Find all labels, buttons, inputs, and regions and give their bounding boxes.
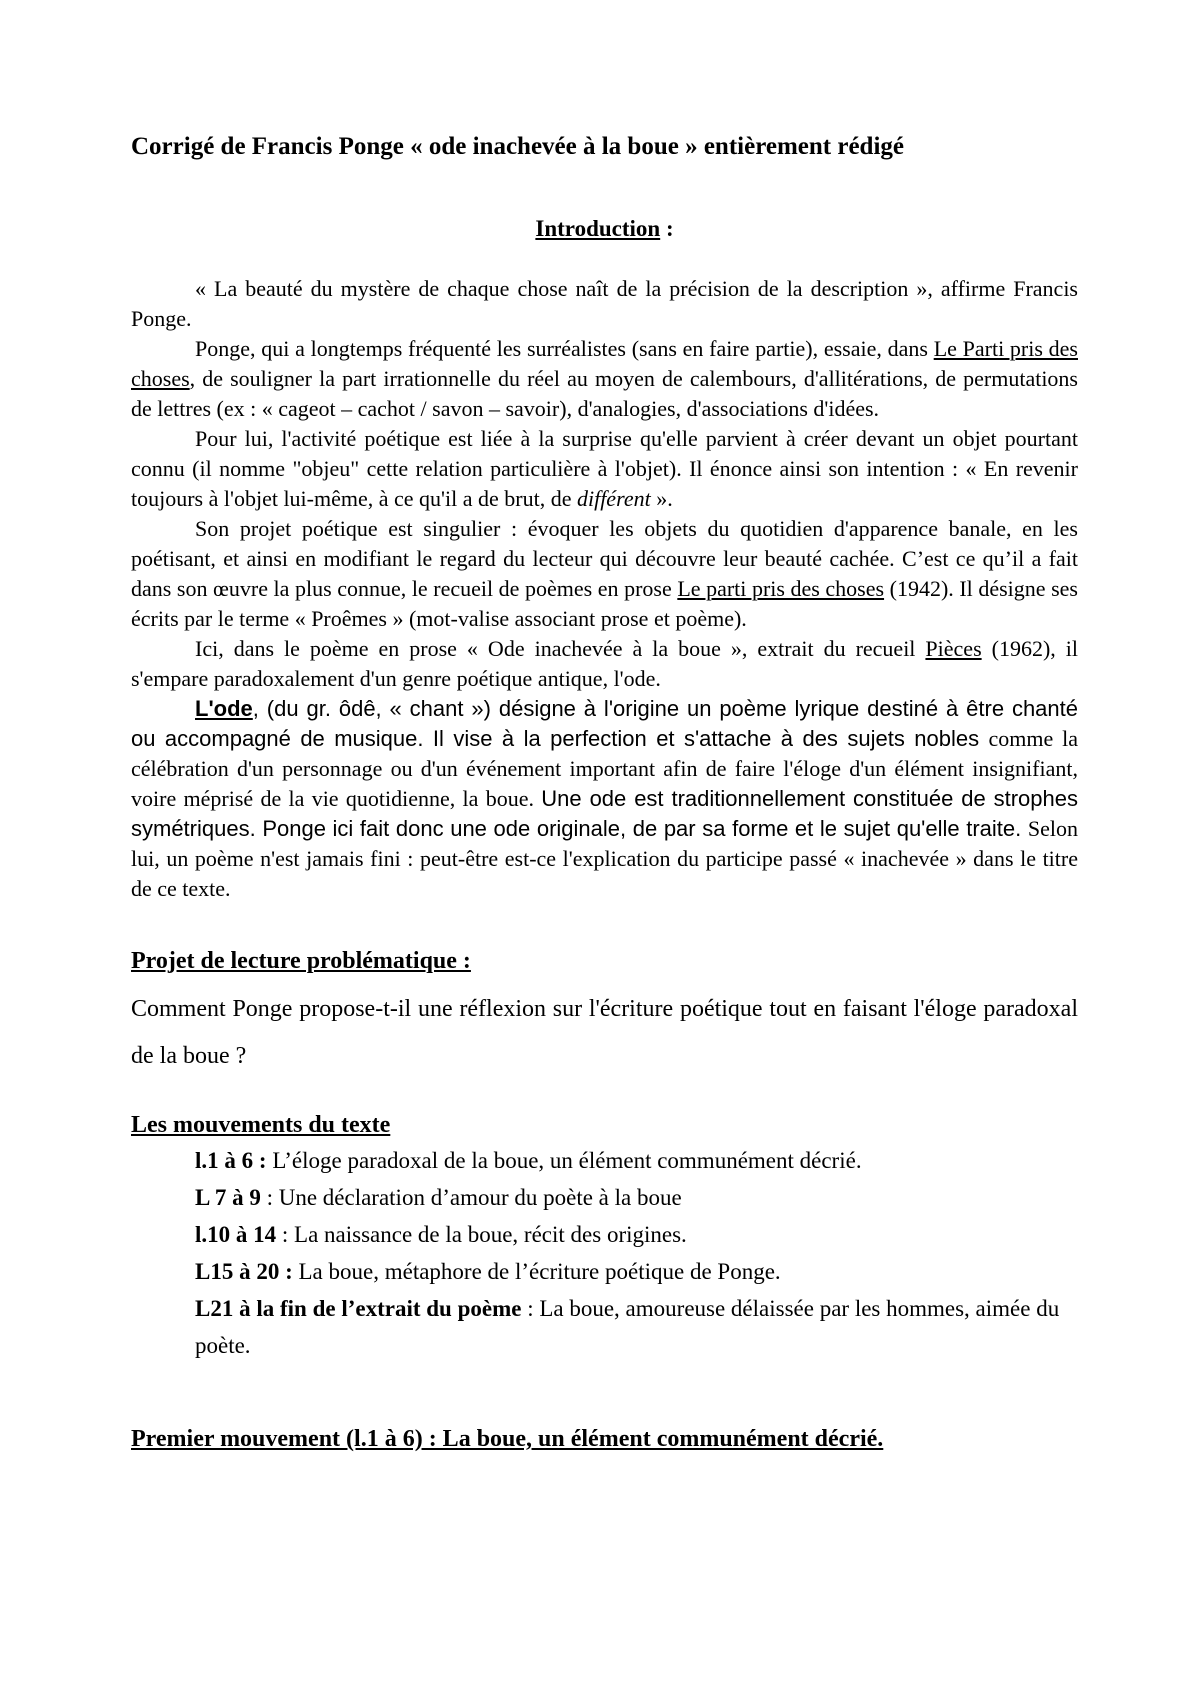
mouvement-item-2: L 7 à 9 : Une déclaration d’amour du poè… <box>195 1179 1078 1216</box>
introduction-heading: Introduction : <box>131 214 1078 244</box>
intro-paragraph-quote: « La beauté du mystère de chaque chose n… <box>131 274 1078 334</box>
introduction-heading-colon: : <box>660 216 673 241</box>
intro-paragraph-surrealistes: Ponge, qui a longtemps fréquenté les sur… <box>131 334 1078 424</box>
projet-lecture-heading: Projet de lecture problématique : <box>131 944 1078 978</box>
mouvements-heading-text: Les mouvements du texte <box>131 1112 390 1138</box>
mouvements-heading: Les mouvements du texte <box>131 1108 1078 1142</box>
document-page: Corrigé de Francis Ponge « ode inachevée… <box>0 0 1200 1694</box>
intro-paragraph-objeu: Pour lui, l'activité poétique est liée à… <box>131 424 1078 514</box>
mouvement-item-5: L21 à la fin de l’extrait du poème : La … <box>195 1290 1078 1364</box>
document-title: Corrigé de Francis Ponge « ode inachevée… <box>131 132 1078 162</box>
mouvement-item-4: L15 à 20 : La boue, métaphore de l’écrit… <box>195 1253 1078 1290</box>
projet-lecture-heading-text: Projet de lecture problématique : <box>131 948 471 974</box>
introduction-heading-text: Introduction <box>535 216 660 241</box>
intro-paragraph-ode-inachevee: Ici, dans le poème en prose « Ode inache… <box>131 634 1078 694</box>
premier-mouvement-heading-text: Premier mouvement (l.1 à 6) : La boue, u… <box>131 1426 883 1452</box>
mouvement-item-1: l.1 à 6 : L’éloge paradoxal de la boue, … <box>195 1142 1078 1179</box>
mouvement-item-3: l.10 à 14 : La naissance de la boue, réc… <box>195 1216 1078 1253</box>
premier-mouvement-heading: Premier mouvement (l.1 à 6) : La boue, u… <box>131 1422 1078 1456</box>
intro-paragraph-projet-poetique: Son projet poétique est singulier : évoq… <box>131 514 1078 634</box>
problematique-question: Comment Ponge propose-t-il une réflexion… <box>131 986 1078 1080</box>
mouvements-list: l.1 à 6 : L’éloge paradoxal de la boue, … <box>131 1142 1078 1364</box>
intro-paragraph-definition-ode: L'ode, (du gr. ôdê, « chant ») désigne à… <box>131 694 1078 904</box>
